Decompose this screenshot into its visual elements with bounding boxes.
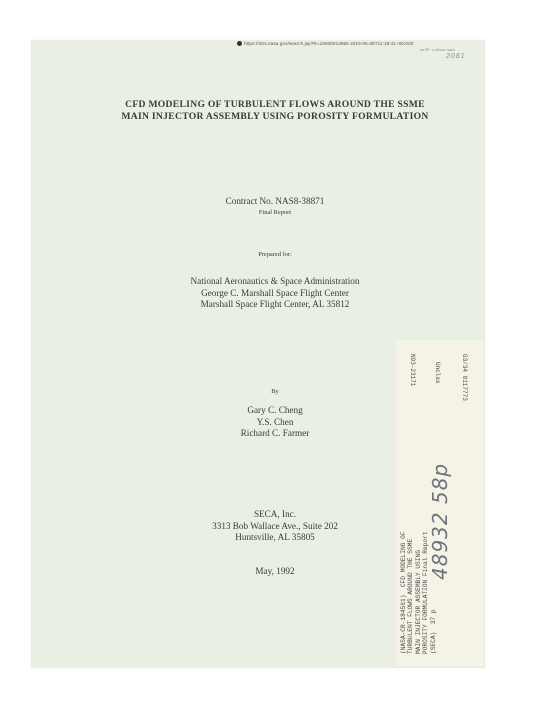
contract-number: Contract No. NAS8-38871: [0, 196, 550, 208]
classification: Unclas: [434, 362, 441, 384]
sponsor-line: National Aeronautics & Space Administrat…: [0, 276, 550, 288]
title-line-1: CFD MODELING OF TURBULENT FLOWS AROUND T…: [0, 99, 550, 111]
accession-number: N93-23171: [409, 354, 416, 386]
document-title: CFD MODELING OF TURBULENT FLOWS AROUND T…: [0, 99, 550, 123]
source-url: https://ntrs.nasa.gov/search.jsp?R=19930…: [237, 41, 414, 46]
citation-line: TURBULENT FLOWS AROUND THE SSME: [407, 531, 414, 654]
category-code: G3/34 0117773: [461, 354, 468, 401]
contract-block: Contract No. NAS8-38871 Final Report: [0, 196, 550, 217]
citation-line: (NASA-CR-184561) CFD MODELING OF: [400, 531, 407, 654]
prepared-for-label: Prepared for:: [0, 250, 550, 259]
sponsor-line: Marshall Space Flight Center, AL 35812: [0, 299, 550, 311]
citation-line: MAIN INJECTOR ASSEMBLY USING: [415, 531, 422, 654]
sponsor-block: National Aeronautics & Space Administrat…: [0, 276, 550, 311]
handwritten-ref-number: 2081: [446, 53, 466, 60]
handwritten-annotation: 48932 58p: [428, 463, 452, 580]
report-type: Final Report: [0, 208, 550, 217]
sponsor-line: George C. Marshall Space Flight Center: [0, 288, 550, 300]
globe-icon: [237, 41, 242, 46]
url-text: https://ntrs.nasa.gov/search.jsp?R=19930…: [244, 41, 414, 46]
title-line-2: MAIN INJECTOR ASSEMBLY USING POROSITY FO…: [0, 111, 550, 123]
url-subtext: ua 9P~ u,u2uuu~uauu: [420, 48, 455, 52]
